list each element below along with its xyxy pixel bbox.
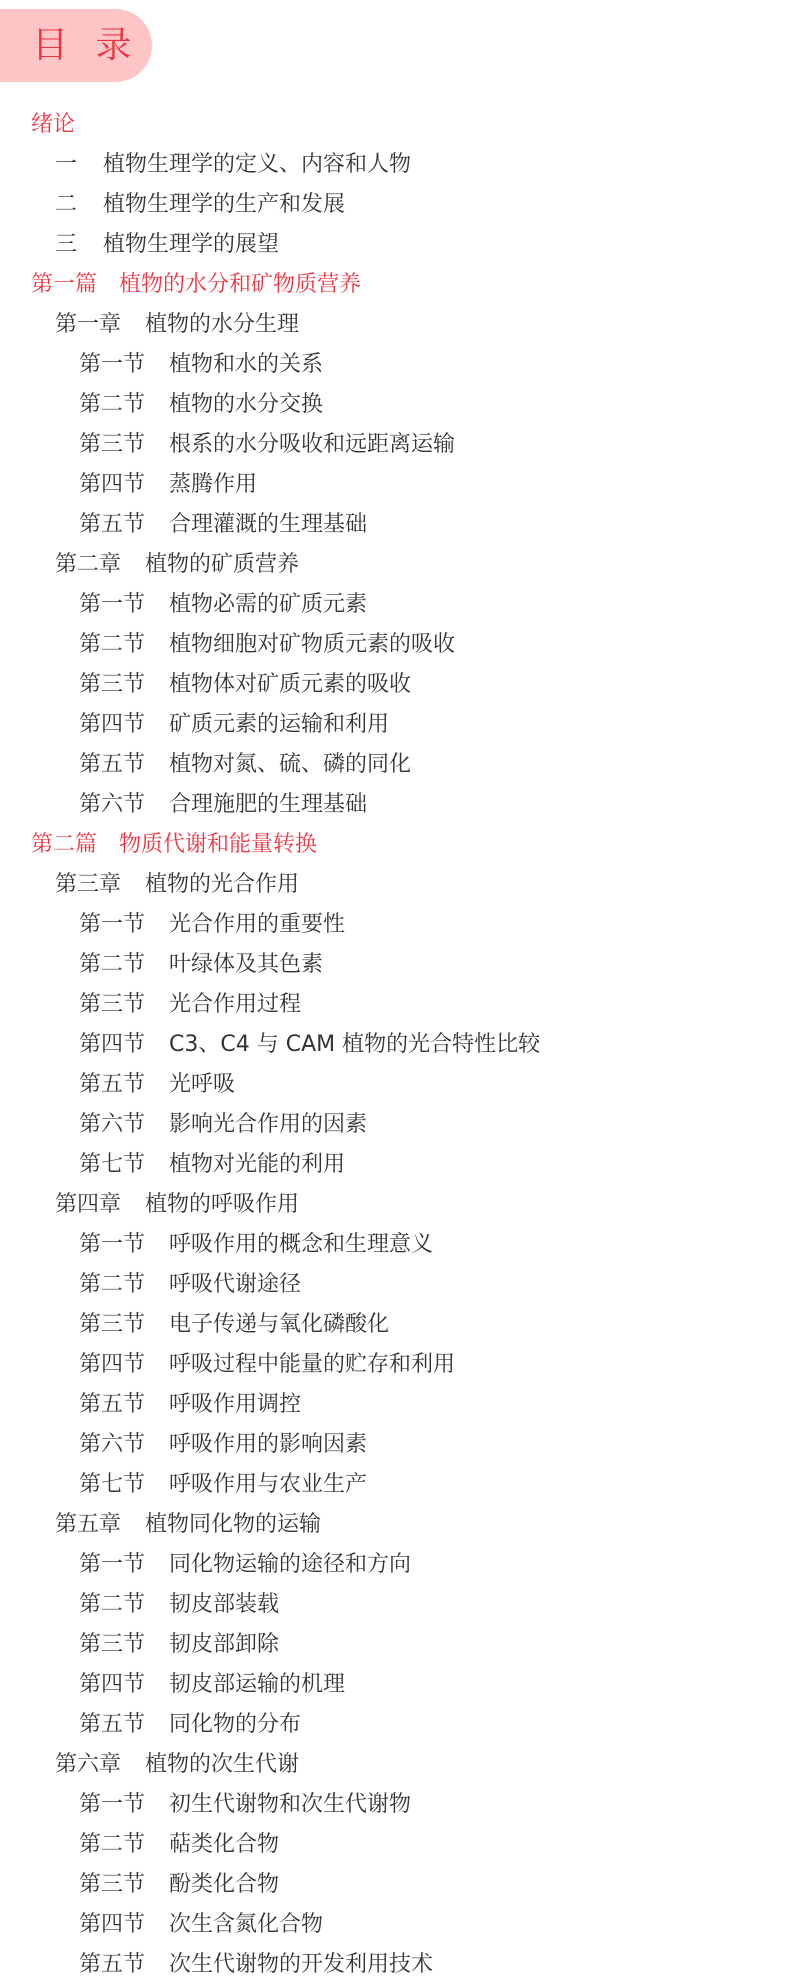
toc-chapter-title: 植物的次生代谢 [145, 1752, 299, 1777]
toc-section[interactable]: 第一节同化物运输的途径和方向 [0, 1545, 790, 1585]
toc-chapter-title: 植物的矿质营养 [145, 552, 299, 577]
toc-section[interactable]: 第二节叶绿体及其色素 [0, 945, 790, 985]
toc-section[interactable]: 第一节植物和水的关系 [0, 345, 790, 385]
toc-section[interactable]: 第四节呼吸过程中能量的贮存和利用 [0, 1345, 790, 1385]
toc-section-title: 根系的水分吸收和远距离运输 [169, 432, 455, 457]
toc-chapter-num: 第六章 [55, 1745, 121, 1785]
toc-section-num: 第二节 [79, 385, 145, 425]
toc-section[interactable]: 第七节呼吸作用与农业生产 [0, 1465, 790, 1505]
toc-section[interactable]: 第五节同化物的分布 [0, 1705, 790, 1745]
toc-part-title: 植物的水分和矿物质营养 [119, 272, 361, 297]
toc-section-num: 第一节 [79, 585, 145, 625]
toc-section[interactable]: 第二节植物的水分交换 [0, 385, 790, 425]
toc-section-title: 植物对光能的利用 [169, 1152, 345, 1177]
toc-part-heading[interactable]: 第二篇物质代谢和能量转换 [0, 825, 790, 865]
toc-section-num: 第二节 [79, 1265, 145, 1305]
toc-section-num: 第三节 [79, 1625, 145, 1665]
toc-section[interactable]: 第一节植物必需的矿质元素 [0, 585, 790, 625]
toc-intro-item[interactable]: 三植物生理学的展望 [0, 225, 790, 265]
toc-section-num: 第四节 [79, 1665, 145, 1705]
toc-section-num: 第一节 [79, 1545, 145, 1585]
toc-section[interactable]: 第二节呼吸代谢途径 [0, 1265, 790, 1305]
toc-section-num: 第七节 [79, 1465, 145, 1505]
toc-chapter[interactable]: 第五章植物同化物的运输 [0, 1505, 790, 1545]
toc-section-num: 第五节 [79, 505, 145, 545]
toc-section[interactable]: 第七节植物对光能的利用 [0, 1145, 790, 1185]
toc-item-num: 二 [55, 185, 103, 225]
toc-section-num: 第二节 [79, 625, 145, 665]
toc-section-num: 第二节 [79, 1825, 145, 1865]
toc-section-title: 植物细胞对矿物质元素的吸收 [169, 632, 455, 657]
toc-section-title: 呼吸作用与农业生产 [169, 1472, 367, 1497]
toc-section[interactable]: 第五节植物对氮、硫、磷的同化 [0, 745, 790, 785]
toc-section-num: 第三节 [79, 665, 145, 705]
toc-section-title: 呼吸代谢途径 [169, 1272, 301, 1297]
toc-section-title: 次生代谢物的开发利用技术 [169, 1952, 433, 1977]
toc-section-num: 第二节 [79, 945, 145, 985]
toc-section[interactable]: 第四节C3、C4 与 CAM 植物的光合特性比较 [0, 1025, 790, 1065]
toc-section-num: 第五节 [79, 1705, 145, 1745]
toc-section[interactable]: 第三节韧皮部卸除 [0, 1625, 790, 1665]
toc-section[interactable]: 第三节酚类化合物 [0, 1865, 790, 1905]
toc-chapter-num: 第四章 [55, 1185, 121, 1225]
toc-part-num: 第二篇 [31, 825, 97, 865]
toc-section-title: 合理施肥的生理基础 [169, 792, 367, 817]
toc-section-title: 光呼吸 [169, 1072, 235, 1097]
toc-section-num: 第二节 [79, 1585, 145, 1625]
toc-section[interactable]: 第二节植物细胞对矿物质元素的吸收 [0, 625, 790, 665]
toc-section-num: 第五节 [79, 1945, 145, 1985]
toc-section-num: 第一节 [79, 905, 145, 945]
toc-item-title: 植物生理学的生产和发展 [103, 192, 345, 217]
toc-section[interactable]: 第四节矿质元素的运输和利用 [0, 705, 790, 745]
toc-item-title: 植物生理学的定义、内容和人物 [103, 152, 411, 177]
toc-section-num: 第一节 [79, 345, 145, 385]
toc-section[interactable]: 第五节光呼吸 [0, 1065, 790, 1105]
toc-section-title: 蒸腾作用 [169, 472, 257, 497]
toc-section[interactable]: 第四节蒸腾作用 [0, 465, 790, 505]
toc-section[interactable]: 第六节影响光合作用的因素 [0, 1105, 790, 1145]
toc-intro-item[interactable]: 一植物生理学的定义、内容和人物 [0, 145, 790, 185]
toc-chapter[interactable]: 第三章植物的光合作用 [0, 865, 790, 905]
toc-chapter-title: 植物同化物的运输 [145, 1512, 321, 1537]
toc-section-title: 呼吸过程中能量的贮存和利用 [169, 1352, 455, 1377]
toc-section-num: 第一节 [79, 1785, 145, 1825]
toc-section-title: 植物必需的矿质元素 [169, 592, 367, 617]
toc-section-num: 第五节 [79, 1385, 145, 1425]
toc-section[interactable]: 第三节植物体对矿质元素的吸收 [0, 665, 790, 705]
toc-section-title: C3、C4 与 CAM 植物的光合特性比较 [169, 1032, 540, 1057]
toc-section-num: 第六节 [79, 1105, 145, 1145]
toc-section-num: 第四节 [79, 1025, 145, 1065]
toc-item-title: 绪论 [31, 112, 75, 137]
toc-item-num: 三 [55, 225, 103, 265]
toc-chapter-num: 第三章 [55, 865, 121, 905]
toc-section[interactable]: 第五节呼吸作用调控 [0, 1385, 790, 1425]
toc-section-num: 第六节 [79, 1425, 145, 1465]
toc-section[interactable]: 第二节萜类化合物 [0, 1825, 790, 1865]
toc-section-num: 第三节 [79, 1865, 145, 1905]
toc-section[interactable]: 第三节光合作用过程 [0, 985, 790, 1025]
toc-section[interactable]: 第三节电子传递与氧化磷酸化 [0, 1305, 790, 1345]
toc-section-title: 电子传递与氧化磷酸化 [169, 1312, 389, 1337]
toc-chapter-num: 第二章 [55, 545, 121, 585]
toc-section-title: 植物的水分交换 [169, 392, 323, 417]
table-of-contents: 绪论 一植物生理学的定义、内容和人物 二植物生理学的生产和发展 三植物生理学的展… [0, 105, 790, 1985]
toc-item-title: 植物生理学的展望 [103, 232, 279, 257]
toc-section[interactable]: 第三节根系的水分吸收和远距离运输 [0, 425, 790, 465]
toc-section[interactable]: 第一节呼吸作用的概念和生理意义 [0, 1225, 790, 1265]
toc-section[interactable]: 第六节呼吸作用的影响因素 [0, 1425, 790, 1465]
toc-section-num: 第四节 [79, 1905, 145, 1945]
toc-section-num: 第四节 [79, 465, 145, 505]
toc-section-title: 呼吸作用的影响因素 [169, 1432, 367, 1457]
toc-section-title: 叶绿体及其色素 [169, 952, 323, 977]
toc-section-title: 光合作用的重要性 [169, 912, 345, 937]
toc-section-num: 第六节 [79, 785, 145, 825]
toc-intro-item[interactable]: 二植物生理学的生产和发展 [0, 185, 790, 225]
toc-section[interactable]: 第五节次生代谢物的开发利用技术 [0, 1945, 790, 1985]
toc-section-title: 影响光合作用的因素 [169, 1112, 367, 1137]
toc-section-title: 韧皮部卸除 [169, 1632, 279, 1657]
toc-section-num: 第三节 [79, 1305, 145, 1345]
toc-section-num: 第七节 [79, 1145, 145, 1185]
toc-section[interactable]: 第六节合理施肥的生理基础 [0, 785, 790, 825]
toc-section[interactable]: 第四节韧皮部运输的机理 [0, 1665, 790, 1705]
toc-section[interactable]: 第二节韧皮部装载 [0, 1585, 790, 1625]
toc-section-title: 初生代谢物和次生代谢物 [169, 1792, 411, 1817]
toc-section-title: 同化物运输的途径和方向 [169, 1552, 411, 1577]
toc-part-num: 第一篇 [31, 265, 97, 305]
toc-section-num: 第五节 [79, 745, 145, 785]
toc-section-num: 第三节 [79, 425, 145, 465]
toc-section-title: 次生含氮化合物 [169, 1912, 323, 1937]
toc-section-title: 植物和水的关系 [169, 352, 323, 377]
toc-chapter[interactable]: 第四章植物的呼吸作用 [0, 1185, 790, 1225]
toc-chapter-title: 植物的水分生理 [145, 312, 299, 337]
toc-section-num: 第四节 [79, 1345, 145, 1385]
toc-section-title: 酚类化合物 [169, 1872, 279, 1897]
toc-section[interactable]: 第五节合理灌溉的生理基础 [0, 505, 790, 545]
toc-section-title: 呼吸作用调控 [169, 1392, 301, 1417]
toc-section-title: 韧皮部运输的机理 [169, 1672, 345, 1697]
toc-section[interactable]: 第一节初生代谢物和次生代谢物 [0, 1785, 790, 1825]
toc-section-num: 第五节 [79, 1065, 145, 1105]
toc-chapter[interactable]: 第一章植物的水分生理 [0, 305, 790, 345]
toc-item-num: 一 [55, 145, 103, 185]
toc-chapter-num: 第五章 [55, 1505, 121, 1545]
toc-intro-heading[interactable]: 绪论 [0, 105, 790, 145]
toc-section-title: 萜类化合物 [169, 1832, 279, 1857]
toc-section-title: 韧皮部装载 [169, 1592, 279, 1617]
toc-chapter-title: 植物的呼吸作用 [145, 1192, 299, 1217]
toc-section-title: 植物对氮、硫、磷的同化 [169, 752, 411, 777]
toc-section-title: 同化物的分布 [169, 1712, 301, 1737]
toc-section-title: 呼吸作用的概念和生理意义 [169, 1232, 433, 1257]
toc-part-title: 物质代谢和能量转换 [119, 832, 317, 857]
toc-section-num: 第四节 [79, 705, 145, 745]
toc-section-title: 光合作用过程 [169, 992, 301, 1017]
toc-part-heading[interactable]: 第一篇植物的水分和矿物质营养 [0, 265, 790, 305]
toc-section[interactable]: 第四节次生含氮化合物 [0, 1905, 790, 1945]
toc-chapter[interactable]: 第二章植物的矿质营养 [0, 545, 790, 585]
toc-title: 目 录 [32, 24, 139, 68]
toc-section-title: 矿质元素的运输和利用 [169, 712, 389, 737]
toc-section-title: 合理灌溉的生理基础 [169, 512, 367, 537]
toc-section-num: 第一节 [79, 1225, 145, 1265]
toc-chapter-num: 第一章 [55, 305, 121, 345]
toc-chapter[interactable]: 第六章植物的次生代谢 [0, 1745, 790, 1785]
toc-chapter-title: 植物的光合作用 [145, 872, 299, 897]
toc-section-title: 植物体对矿质元素的吸收 [169, 672, 411, 697]
toc-section[interactable]: 第一节光合作用的重要性 [0, 905, 790, 945]
toc-section-num: 第三节 [79, 985, 145, 1025]
